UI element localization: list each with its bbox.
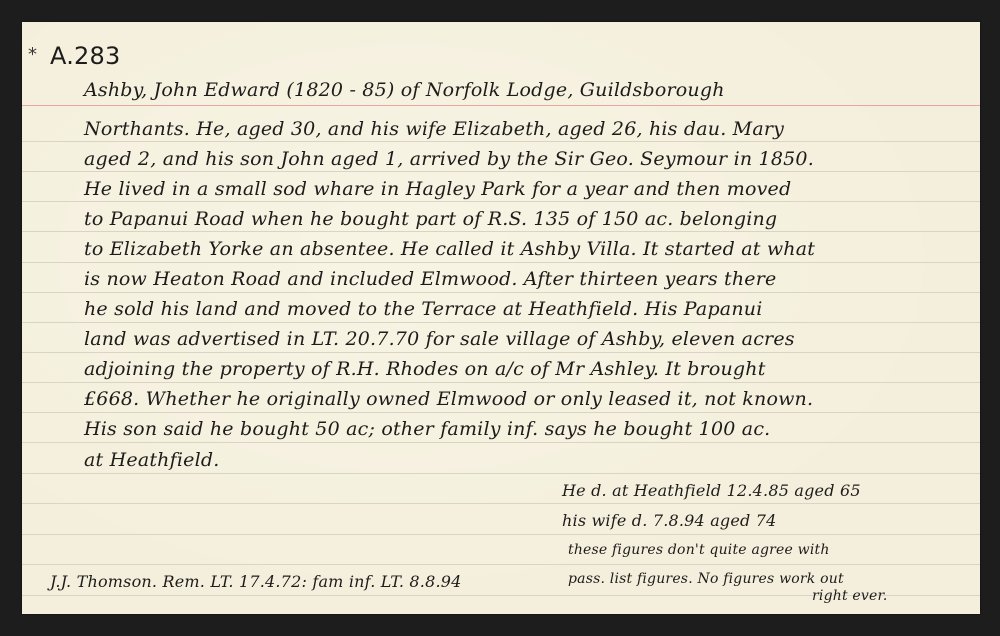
body-line-8: he sold his land and moved to the Terrac…: [84, 298, 763, 320]
discrepancy-note-line-2: pass. list figures. No figures work out: [568, 571, 844, 587]
ruled-line: [22, 352, 980, 353]
index-card: * A.283 Ashby, John Edward (1820 - 85) o…: [22, 22, 980, 614]
body-line-1: Ashby, John Edward (1820 - 85) of Norfol…: [84, 79, 725, 101]
body-line-9: land was advertised in LT. 20.7.70 for s…: [84, 328, 795, 350]
ruled-line: [22, 534, 980, 535]
ruled-line: [22, 322, 980, 323]
discrepancy-note-line-3: right ever.: [812, 588, 888, 604]
ruled-line: [22, 503, 980, 504]
ruled-line: [22, 262, 980, 263]
body-line-6: to Elizabeth Yorke an absentee. He calle…: [84, 238, 815, 260]
body-line-2: Northants. He, aged 30, and his wife Eli…: [84, 118, 784, 140]
body-line-11: £668. Whether he originally owned Elmwoo…: [84, 388, 813, 410]
card-reference-number: A.283: [50, 42, 120, 70]
ruled-line: [22, 231, 980, 232]
ruled-line: [22, 141, 980, 142]
red-header-rule: [22, 105, 980, 106]
death-note-husband: He d. at Heathfield 12.4.85 aged 65: [562, 481, 861, 500]
ruled-line: [22, 201, 980, 202]
ruled-line: [22, 412, 980, 413]
source-reference-note: J.J. Thomson. Rem. LT. 17.4.72: fam inf.…: [50, 572, 462, 591]
body-line-4: He lived in a small sod whare in Hagley …: [84, 178, 791, 200]
body-line-5: to Papanui Road when he bought part of R…: [84, 208, 777, 230]
discrepancy-note-line-1: these figures don't quite agree with: [568, 542, 830, 558]
body-line-12: His son said he bought 50 ac; other fami…: [84, 418, 770, 440]
ruled-line: [22, 292, 980, 293]
ruled-line: [22, 171, 980, 172]
body-line-3: aged 2, and his son John aged 1, arrived…: [84, 148, 814, 170]
ruled-line: [22, 442, 980, 443]
ruled-line: [22, 473, 980, 474]
scan-background: * A.283 Ashby, John Edward (1820 - 85) o…: [0, 0, 1000, 636]
asterisk-marker: *: [28, 44, 37, 65]
body-line-13: at Heathfield.: [84, 449, 219, 471]
body-line-10: adjoining the property of R.H. Rhodes on…: [84, 358, 766, 380]
ruled-line: [22, 564, 980, 565]
ruled-line: [22, 382, 980, 383]
death-note-wife: his wife d. 7.8.94 aged 74: [562, 511, 777, 530]
body-line-7: is now Heaton Road and included Elmwood.…: [84, 268, 776, 290]
